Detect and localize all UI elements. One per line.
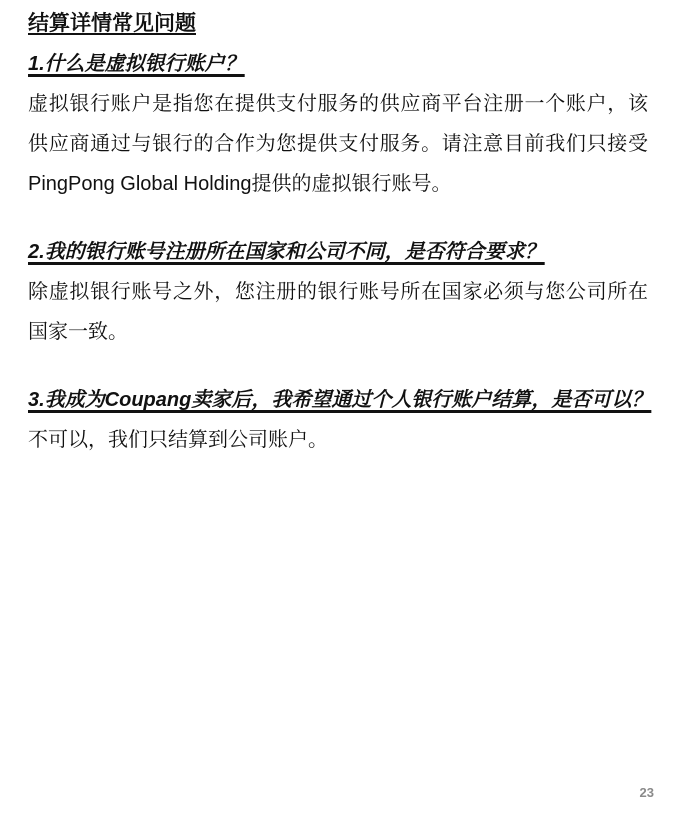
question-heading: 1.什么是虚拟银行账户？ [28,44,648,84]
answer-line: 国家一致。 [28,312,648,352]
page-number: 23 [640,786,654,799]
answer-line: 不可以，我们只结算到公司账户。 [28,420,648,460]
answer-line: 供应商通过与银行的合作为您提供支付服务。请注意目前我们只接受 [28,124,648,164]
faq-section-2: 2.我的银行账号注册所在国家和公司不同，是否符合要求？除虚拟银行账号之外，您注册… [28,232,648,352]
answer-line: PingPong Global Holding提供的虚拟银行账号。 [28,164,648,204]
document-content: 结算详情常见问题 1.什么是虚拟银行账户？虚拟银行账户是指您在提供支付服务的供应… [0,0,674,460]
question-heading: 2.我的银行账号注册所在国家和公司不同，是否符合要求？ [28,232,648,272]
faq-section-3: 3.我成为Coupang卖家后，我希望通过个人银行账户结算，是否可以？不可以，我… [28,380,648,460]
document-title: 结算详情常见问题 [28,4,648,44]
document-page: 结算详情常见问题 1.什么是虚拟银行账户？虚拟银行账户是指您在提供支付服务的供应… [0,0,674,832]
answer-line: 除虚拟银行账号之外，您注册的银行账号所在国家必须与您公司所在 [28,272,648,312]
question-heading: 3.我成为Coupang卖家后，我希望通过个人银行账户结算，是否可以？ [28,380,648,420]
faq-section-1: 1.什么是虚拟银行账户？虚拟银行账户是指您在提供支付服务的供应商平台注册一个账户… [28,44,648,204]
answer-line: 虚拟银行账户是指您在提供支付服务的供应商平台注册一个账户，该 [28,84,648,124]
faq-sections: 1.什么是虚拟银行账户？虚拟银行账户是指您在提供支付服务的供应商平台注册一个账户… [28,44,648,460]
